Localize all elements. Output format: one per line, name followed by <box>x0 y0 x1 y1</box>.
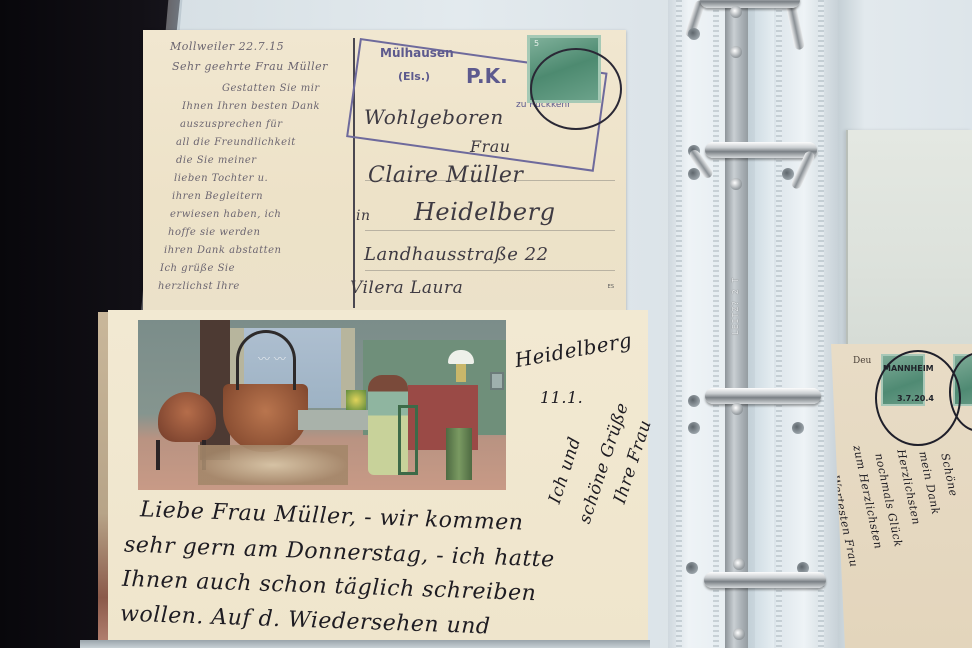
salutation: Sehr geehrte Frau Müller <box>172 60 328 73</box>
card-header-text: Deu <box>853 356 871 366</box>
sleeve-perforation <box>818 0 824 648</box>
postmark-town: MANNHEIM <box>883 364 934 373</box>
printer-mark: ES <box>608 284 614 290</box>
address-line <box>365 270 615 271</box>
wall-picture <box>490 372 504 390</box>
message-line: ihren Begleitern <box>172 191 263 202</box>
recipient-name: Claire Müller <box>368 163 523 188</box>
punch-hole <box>792 422 804 434</box>
address-prefix: Wohlgeboren <box>364 105 504 129</box>
photo-scene: LEITZ? 2 T Deu MANNHEIM 3.7.20.4 Wertest… <box>0 0 972 648</box>
message-line: lieben Tochter u. <box>174 173 268 184</box>
sleeve-perforation <box>776 0 782 648</box>
cauldron-handle <box>236 330 296 390</box>
handwriting-line: Schöne <box>938 452 960 498</box>
recipient-street: Landhausstraße 22 <box>364 244 549 265</box>
rivet <box>731 403 743 415</box>
message-line: Ich grüße Sie <box>160 263 235 274</box>
message-line: hoffe sie werden <box>168 227 260 238</box>
green-chair <box>398 405 418 475</box>
sender-name: Vilera Laura <box>350 278 463 298</box>
copper-kettle <box>158 392 216 442</box>
postmark-town: Mülhausen <box>380 46 454 60</box>
message-line: die Sie meiner <box>176 155 257 166</box>
message-line: auszusprechen für <box>180 119 282 130</box>
binder-spine-label: LEITZ? 2 T <box>731 255 751 335</box>
message-line: Ihnen Ihren besten Dank <box>182 101 320 112</box>
rivet <box>730 178 742 190</box>
message-line: erwiesen haben, ich <box>170 209 281 220</box>
right-postcard[interactable]: Deu MANNHEIM 3.7.20.4 Wertesten Frau zum… <box>831 344 972 648</box>
recipient-city: Heidelberg <box>414 198 555 226</box>
punch-hole <box>686 562 698 574</box>
stamp-value: 5 <box>534 39 539 48</box>
ring-binder-spine: LEITZ? 2 T <box>668 0 838 648</box>
address-in: in <box>356 208 371 224</box>
postmark-marking: P.K. <box>466 64 508 88</box>
rivet <box>730 6 742 18</box>
binder-ring[interactable] <box>705 142 817 158</box>
postmark-date: 3.7.20.4 <box>897 394 934 403</box>
punch-hole <box>782 168 794 180</box>
rivet <box>733 628 745 640</box>
oil-lamp-base <box>456 364 466 382</box>
flower-pot <box>346 390 366 410</box>
postmark-cancel <box>530 48 622 130</box>
rivet <box>733 558 745 570</box>
sleeve-overlay <box>748 0 774 648</box>
envelope[interactable] <box>846 130 972 345</box>
postcard-illustration[interactable]: 〰 〰 <box>138 320 506 490</box>
sleeve-perforation <box>713 0 719 648</box>
message-line: ihren Dank abstatten <box>164 245 282 256</box>
binder-ring[interactable] <box>704 572 826 588</box>
binder-ring[interactable] <box>700 0 800 8</box>
punch-hole <box>688 422 700 434</box>
rug <box>198 445 348 485</box>
rivet <box>730 46 742 58</box>
message-line: Gestatten Sie mir <box>222 83 320 94</box>
punch-hole <box>688 395 700 407</box>
binder-ring[interactable] <box>705 388 821 404</box>
place-date: Mollweiler 22.7.15 <box>170 40 284 53</box>
note-date: 11.1. <box>540 388 583 407</box>
address-title: Frau <box>470 137 511 156</box>
sleeve-bottom-edge <box>80 640 650 648</box>
address-line <box>365 230 615 231</box>
sleeve-perforation <box>676 0 682 648</box>
punch-hole <box>688 28 700 40</box>
message-line: herzlichst Ihre <box>158 281 240 292</box>
barrel <box>446 428 472 480</box>
table <box>298 410 378 430</box>
postmark-region: (Els.) <box>398 70 430 83</box>
message-line: all die Freundlichkeit <box>176 137 296 148</box>
